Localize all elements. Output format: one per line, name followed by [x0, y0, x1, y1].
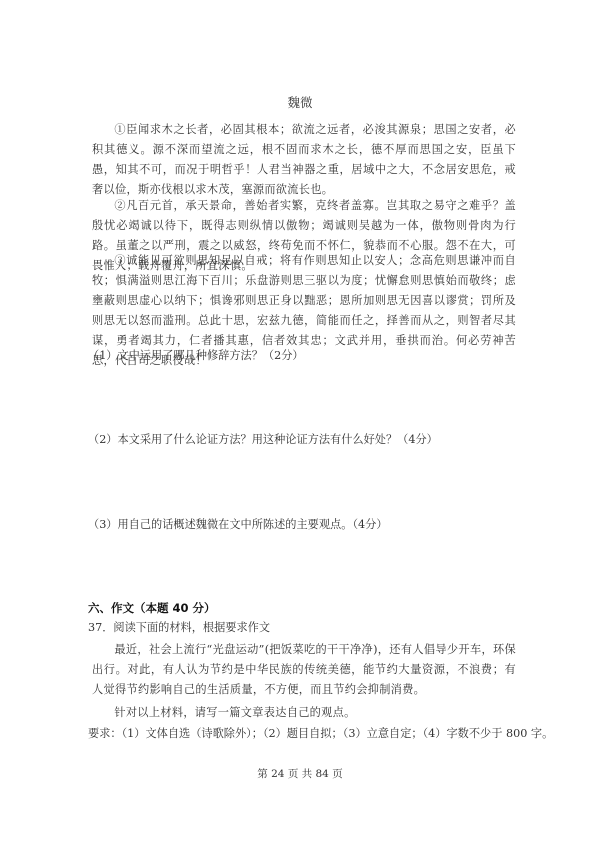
essay-prompt: 37．阅读下面的材料，根据要求作文	[88, 618, 270, 638]
essay-instruction: 针对以上材料，请写一篇文章表达自己的观点。	[92, 703, 516, 723]
document-page: 魏微 ①臣闻求木之长者，必固其根本；欲流之远者，必浚其源泉；思国之安者，必积其德…	[0, 0, 600, 848]
passage-title: 魏微	[0, 93, 600, 111]
page-footer: 第 24 页 共 84 页	[0, 766, 600, 781]
question-3: （3）用自己的话概述魏微在文中所陈述的主要观点。（4分）	[88, 515, 388, 535]
essay-requirements: 要求：（1）文体自选（诗歌除外）；（2）题目自拟；（3）立意自定；（4）字数不少…	[88, 724, 553, 744]
question-2: （2）本文采用了什么论证方法？用这种论证方法有什么好处？（4分）	[88, 430, 438, 450]
section-heading: 六、作文（本题 40 分）	[88, 600, 216, 616]
essay-material: 最近，社会上流行“光盘运动”(把饭菜吃的干干净净)，还有人倡导少开车，环保出行。…	[92, 640, 516, 700]
passage-paragraph-1: ①臣闻求木之长者，必固其根本；欲流之远者，必浚其源泉；思国之安者，必积其德义。源…	[92, 120, 516, 200]
question-1: （1）文中运用了哪几种修辞方法？（2分）	[88, 346, 304, 366]
